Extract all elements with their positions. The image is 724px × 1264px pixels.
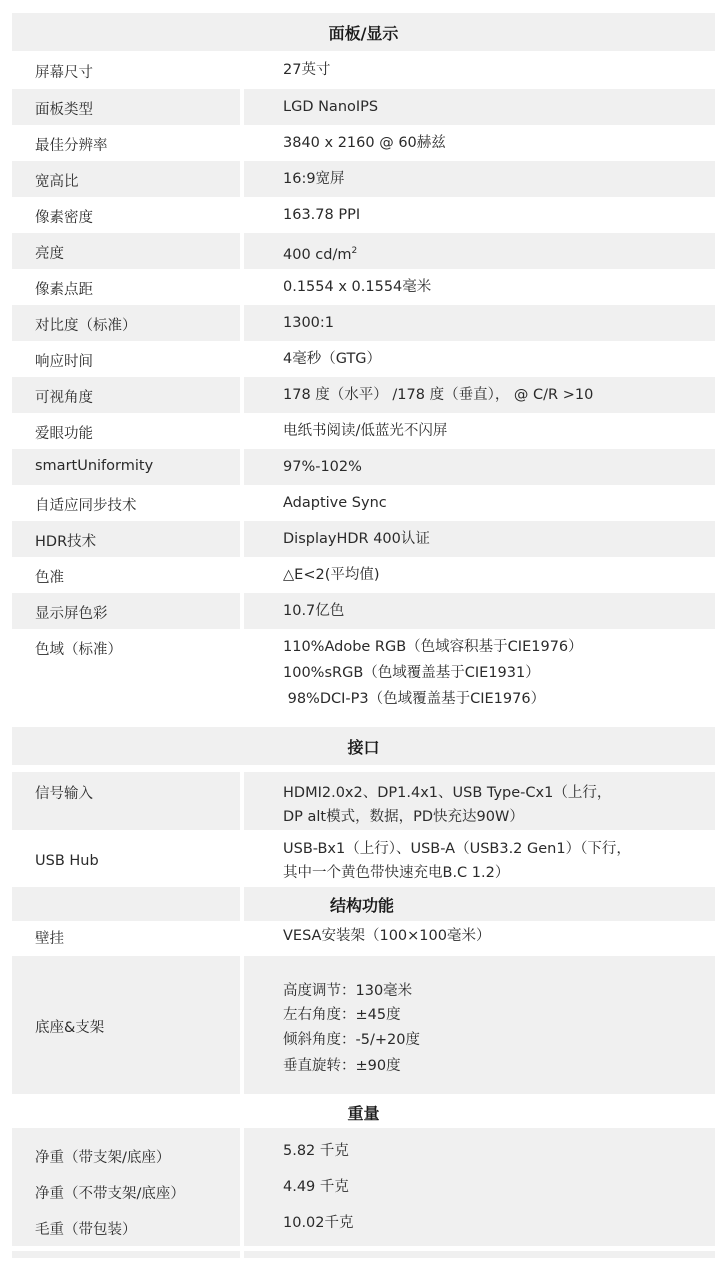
section-title: 面板/显示 (329, 21, 399, 44)
spec-label: 亮度 (35, 242, 64, 263)
spec-label: 毛重（带包装） (35, 1218, 137, 1239)
spec-label: 色域（标准） (35, 638, 122, 659)
spec-label: 宽高比 (35, 170, 79, 191)
spec-label: 自适应同步技术 (35, 494, 137, 515)
spec-value: 10.02千克 (283, 1210, 354, 1236)
spec-row-color-gamut: 色域（标准） 110%Adobe RGB（色域容积基于CIE1976） 100%… (12, 629, 715, 719)
spec-row-usb-hub: USB Hub USB-Bx1（上行）、USB-A（USB3.2 Gen1）（下… (12, 832, 715, 887)
spec-value: 电纸书阅读/低蓝光不闪屏 (283, 418, 447, 444)
spec-row-viewing-angle: 可视角度 178 度（水平） /178 度（垂直）， @ C/R >10 (12, 377, 715, 413)
spec-value: 3840 x 2160 @ 60赫兹 (283, 130, 446, 156)
spec-value-line: HDMI2.0x2、DP1.4x1、USB Type-Cx1（上行， (283, 780, 611, 806)
section-header-weight: 重量 (12, 1096, 715, 1128)
spec-label: 屏幕尺寸 (35, 61, 93, 82)
spec-label: 净重（不带支架/底座） (35, 1182, 185, 1203)
spec-value-line: DP alt模式，数据，PD快充达90W） (283, 804, 524, 830)
section-title: 重量 (347, 1101, 379, 1124)
spec-value: 4毫秒（GTG） (283, 346, 381, 372)
spec-value: DisplayHDR 400认证 (283, 526, 430, 552)
spec-value-line: 98%DCI-P3（色域覆盖基于CIE1976） (283, 686, 545, 712)
spec-value: △E<2(平均值) (283, 562, 380, 588)
spec-label: 响应时间 (35, 350, 93, 371)
spec-row-adaptive-sync: 自适应同步技术 Adaptive Sync (12, 485, 715, 521)
value-text: 400 cd/m (283, 247, 351, 263)
spec-value-line: 垂直旋转：±90度 (283, 1053, 401, 1079)
spec-label: HDR技术 (35, 530, 96, 551)
spec-value: VESA安装架（100×100毫米） (283, 923, 490, 949)
spec-row-screen-size: 屏幕尺寸 27英寸 (12, 52, 715, 89)
spec-label: 可视角度 (35, 386, 93, 407)
spec-value: 10.7亿色 (283, 598, 344, 624)
value-cell (244, 887, 715, 921)
section-header-structure: 结构功能 (12, 887, 715, 921)
spec-value-line: 倾斜角度：-5/+20度 (283, 1027, 420, 1053)
spec-value: 0.1554 x 0.1554毫米 (283, 274, 431, 300)
value-cell (244, 1251, 715, 1258)
spec-value-line: 100%sRGB（色域覆盖基于CIE1931） (283, 660, 540, 686)
spec-label: 爱眼功能 (35, 422, 93, 443)
spec-value: 163.78 PPI (283, 202, 360, 228)
section-title: 接口 (347, 735, 379, 758)
spec-row-aspect-ratio: 宽高比 16:9宽屏 (12, 161, 715, 197)
spec-value: 97%-102% (283, 454, 362, 480)
spec-row-smart-uniformity: smartUniformity 97%-102% (12, 449, 715, 485)
spec-label: 信号输入 (35, 782, 93, 803)
spec-row-brightness: 亮度 400 cd/m2 (12, 233, 715, 269)
spec-value: Adaptive Sync (283, 490, 387, 516)
spec-label: 壁挂 (35, 927, 64, 948)
label-cell (12, 887, 240, 921)
spec-value: 16:9宽屏 (283, 166, 345, 192)
spec-label: 显示屏色彩 (35, 602, 108, 623)
spec-row-response-time: 响应时间 4毫秒（GTG） (12, 341, 715, 377)
spec-value-line: USB-Bx1（上行）、USB-A（USB3.2 Gen1）（下行， (283, 836, 631, 862)
spec-row-wall-mount: 壁挂 VESA安装架（100×100毫米） (12, 921, 715, 955)
superscript: 2 (351, 246, 357, 256)
spec-value: 400 cd/m2 (283, 238, 357, 268)
spec-value: 178 度（水平） /178 度（垂直）， @ C/R >10 (283, 382, 593, 408)
spec-label: 底座&支架 (35, 1016, 104, 1037)
spec-value: 5.82 千克 (283, 1138, 349, 1164)
spec-row-display-colors: 显示屏色彩 10.7亿色 (12, 593, 715, 629)
spec-value: LGD NanoIPS (283, 94, 378, 120)
spec-row-panel-type: 面板类型 LGD NanoIPS (12, 89, 715, 125)
spec-label: 最佳分辨率 (35, 134, 108, 155)
spec-label: 色准 (35, 566, 64, 587)
spec-row-hdr: HDR技术 DisplayHDR 400认证 (12, 521, 715, 557)
spec-label: 净重（带支架/底座） (35, 1146, 170, 1167)
spec-value-line: 110%Adobe RGB（色域容积基于CIE1976） (283, 634, 583, 660)
spec-label: 像素密度 (35, 206, 93, 227)
spec-row-signal-input: 信号输入 HDMI2.0x2、DP1.4x1、USB Type-Cx1（上行， … (12, 772, 715, 830)
spec-value-line: 高度调节：130毫米 (283, 978, 412, 1004)
spec-value-line: 其中一个黄色带快速充电B.C 1.2） (283, 860, 509, 886)
spec-label: 面板类型 (35, 98, 93, 119)
spec-label: 像素点距 (35, 278, 93, 299)
spec-row-pixel-pitch: 像素点距 0.1554 x 0.1554毫米 (12, 269, 715, 305)
spec-row-contrast: 对比度（标准） 1300:1 (12, 305, 715, 341)
spec-label: USB Hub (35, 853, 99, 869)
section-title: 结构功能 (330, 893, 394, 916)
spec-label: 对比度（标准） (35, 314, 137, 335)
spec-value-line: 左右角度：±45度 (283, 1002, 401, 1028)
spec-row-stand: 底座&支架 高度调节：130毫米 左右角度：±45度 倾斜角度：-5/+20度 … (12, 956, 715, 1094)
spec-row-resolution: 最佳分辨率 3840 x 2160 @ 60赫兹 (12, 125, 715, 161)
spec-label: smartUniformity (35, 458, 153, 474)
table-bottom-strip (12, 1251, 715, 1258)
spec-row-weight: 净重（带支架/底座） 净重（不带支架/底座） 毛重（带包装） 5.82 千克 4… (12, 1128, 715, 1246)
spec-value: 1300:1 (283, 310, 334, 336)
spec-row-pixel-density: 像素密度 163.78 PPI (12, 197, 715, 233)
spec-row-color-accuracy: 色准 △E<2(平均值) (12, 557, 715, 593)
spec-row-eye-care: 爱眼功能 电纸书阅读/低蓝光不闪屏 (12, 413, 715, 449)
section-header-ports: 接口 (12, 727, 715, 765)
spec-value: 4.49 千克 (283, 1174, 349, 1200)
label-cell (12, 1251, 240, 1258)
spec-value: 27英寸 (283, 57, 330, 83)
section-header-panel: 面板/显示 (12, 13, 715, 51)
